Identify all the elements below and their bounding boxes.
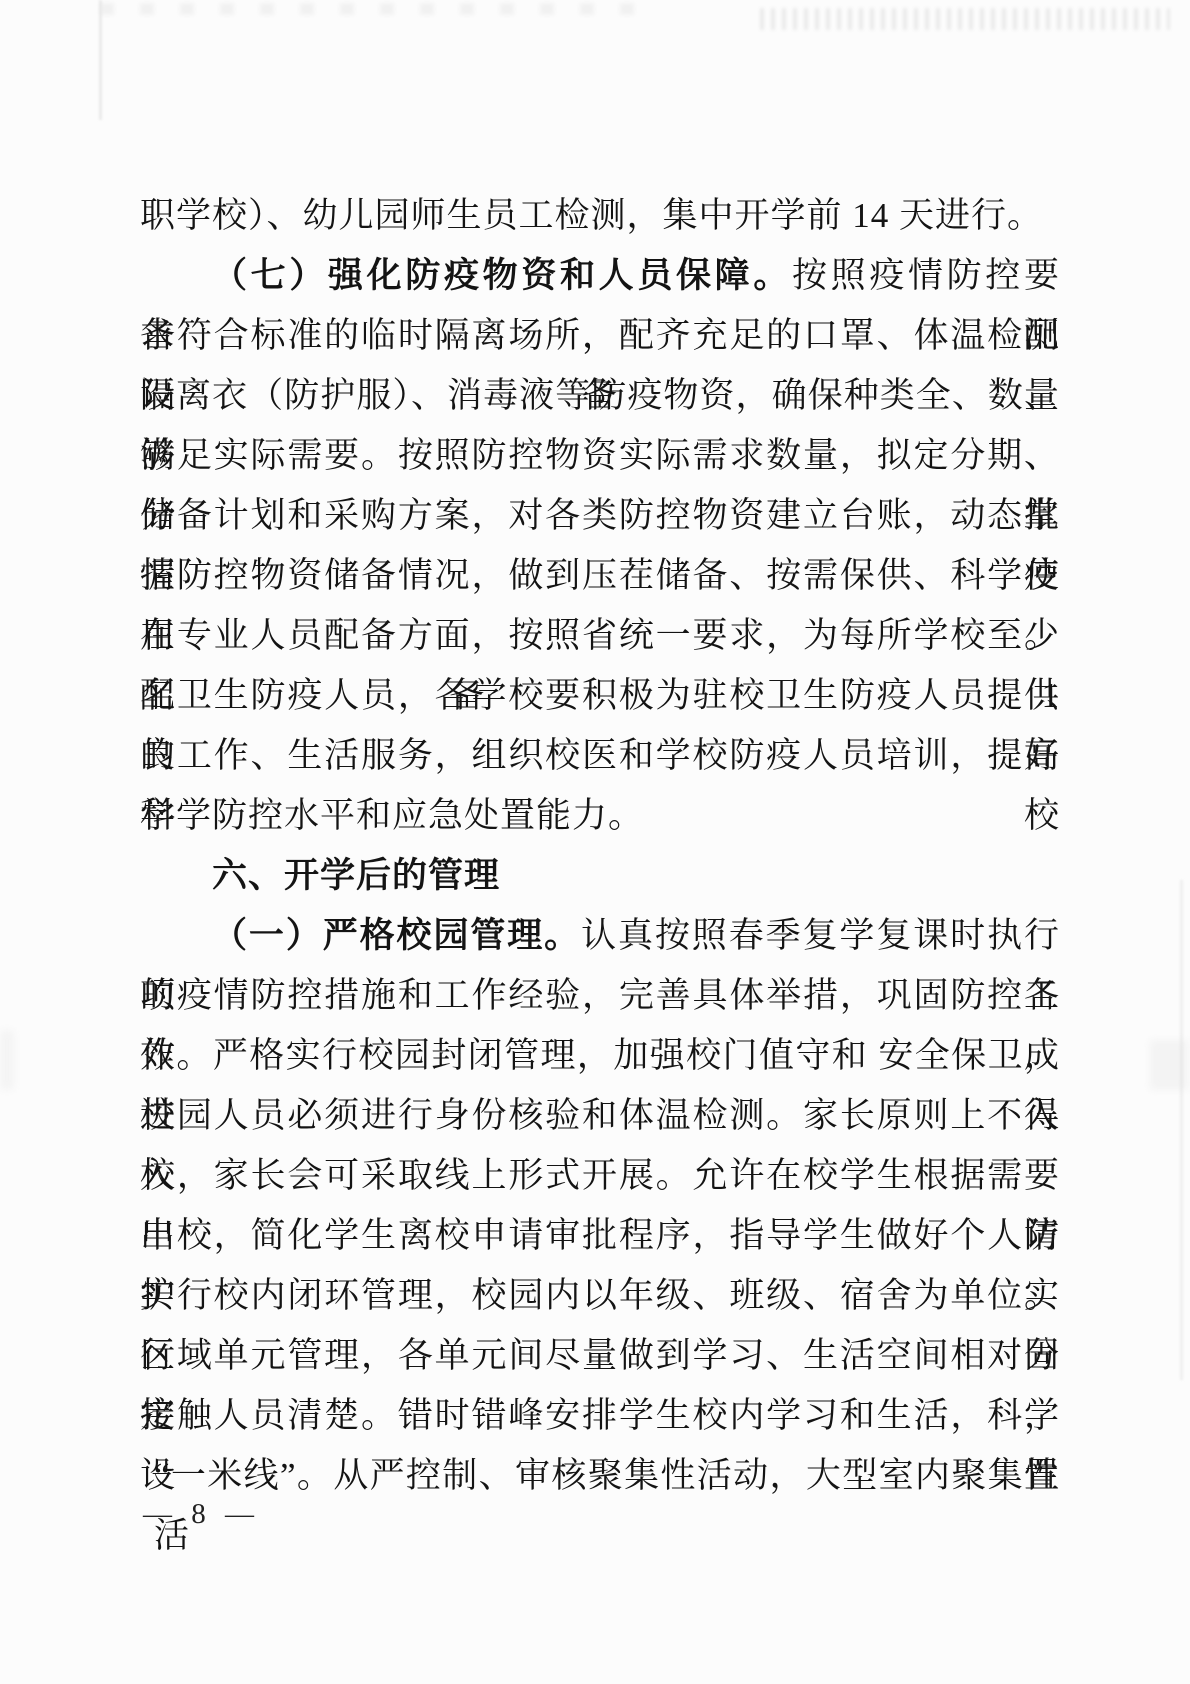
text-line: 储备计划和采购方案，对各类防控物资建立台账，动态掌握疫 bbox=[140, 486, 1060, 546]
text-line-bold: （七）强化防疫物资和人员保障。 bbox=[212, 256, 792, 295]
text-line: 在专业人员配备方面，按照省统一要求，为每所学校至少配备 1 bbox=[140, 606, 1060, 666]
text-line-text: 科学防控水平和应急处置能力。 bbox=[140, 796, 644, 835]
text-line: 的工作、生活服务，组织校医和学校防疫人员培训，提高学校 bbox=[140, 726, 1060, 786]
section-heading-text: 六、开学后的管理 bbox=[212, 856, 500, 895]
text-line: “一米线”。从严控制、审核聚集性活动，大型室内聚集性活 bbox=[140, 1446, 1060, 1506]
text-line: 校园人员必须进行身份核验和体温检测。家长原则上不得入 bbox=[140, 1086, 1060, 1146]
document-page: 职学校）、幼儿园师生员工检测，集中开学前 14 天进行。 （七）强化防疫物资和人… bbox=[0, 0, 1190, 1684]
section-heading: 六、开学后的管理 bbox=[140, 846, 1060, 906]
text-line: 接触人员清楚。错时错峰安排学生校内学习和生活，科学设置 bbox=[140, 1386, 1060, 1446]
text-line: （一）严格校园管理。认真按照春季复学复课时执行的各 bbox=[140, 906, 1060, 966]
scan-artifact bbox=[1150, 1040, 1188, 1090]
text-line-text: 职学校）、幼儿园师生员工检测，集中开学前 14 天进行。 bbox=[140, 196, 1043, 235]
text-line: 实行校内闭环管理，校园内以年级、班级、宿舍为单位实行分 bbox=[140, 1266, 1060, 1326]
page-number: — 8 — bbox=[143, 1498, 260, 1531]
scan-artifact bbox=[0, 1030, 14, 1090]
text-line: 项疫情防控措施和工作经验，完善具体举措，巩固防控工作成 bbox=[140, 966, 1060, 1026]
scan-artifact bbox=[100, 3, 640, 15]
scan-artifact bbox=[1180, 880, 1183, 1380]
text-line: 职学校）、幼儿园师生员工检测，集中开学前 14 天进行。 bbox=[140, 186, 1060, 246]
scan-artifact bbox=[760, 8, 1170, 30]
text-line: （七）强化防疫物资和人员保障。按照疫情防控要求，配 bbox=[140, 246, 1060, 306]
document-body: 职学校）、幼儿园师生员工检测，集中开学前 14 天进行。 （七）强化防疫物资和人… bbox=[140, 186, 1060, 1506]
text-line-text: “一米线”。从严控制、审核聚集性活动，大型室内聚集性活 bbox=[154, 1456, 1060, 1555]
text-line: 名卫生防疫人员，各学校要积极为驻校卫生防疫人员提供良好 bbox=[140, 666, 1060, 726]
text-line: 校，家长会可采取线上形式开展。允许在校学生根据需要申请 bbox=[140, 1146, 1060, 1206]
text-line: 区域单元管理，各单元间尽量做到学习、生活空间相对固定， bbox=[140, 1326, 1060, 1386]
text-line: 效。严格实行校园封闭管理，加强校门值守和 安全保卫，进入 bbox=[140, 1026, 1060, 1086]
text-line: 情防控物资储备情况，做到压茬储备、按需保供、科学使用。 bbox=[140, 546, 1060, 606]
scan-artifact bbox=[99, 0, 102, 120]
text-line: 出校，简化学生离校申请审批程序，指导学生做好个人防护。 bbox=[140, 1206, 1060, 1266]
text-line: 满足实际需要。按照防控物资实际需求数量，拟定分期、分批 bbox=[140, 426, 1060, 486]
text-line: 隔离衣（防护服）、消毒液等防疫物资，确保种类全、数量够、 bbox=[140, 366, 1060, 426]
text-line-bold: （一）严格校园管理。 bbox=[212, 916, 581, 955]
text-line: 备符合标准的临时隔离场所，配齐充足的口罩、体温检测设备、 bbox=[140, 306, 1060, 366]
